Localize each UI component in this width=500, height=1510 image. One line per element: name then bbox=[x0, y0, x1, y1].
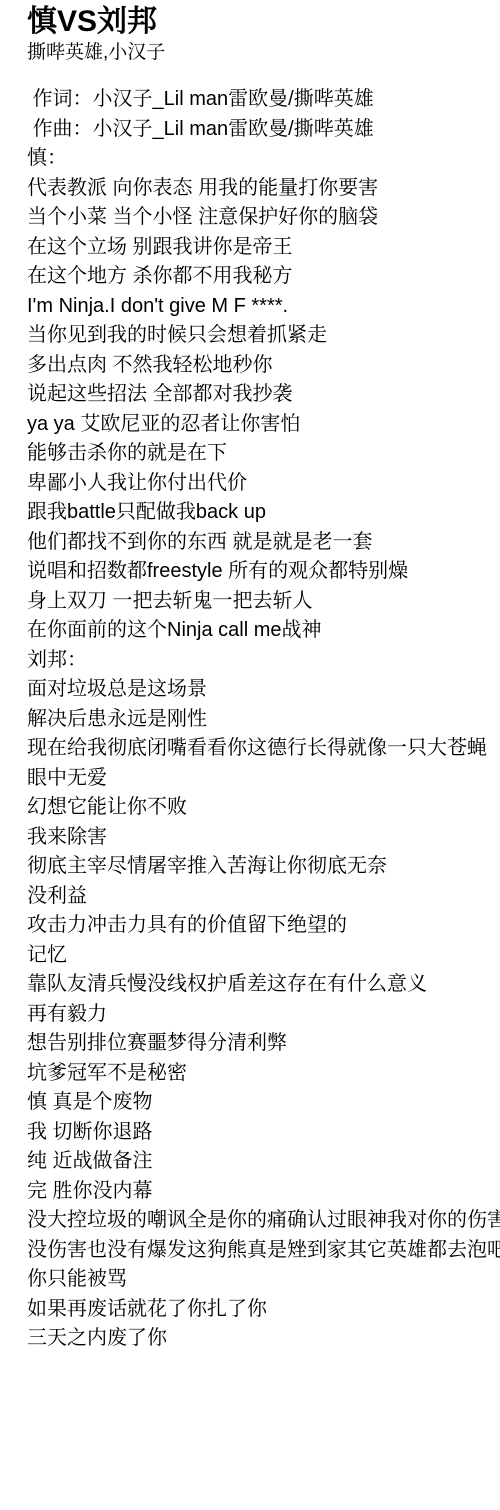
lyric-line: 跟我battle只配做我back up bbox=[27, 498, 500, 528]
lyric-line: 作曲：小汉子_Lil man雷欧曼/撕哔英雄 bbox=[27, 115, 500, 145]
lyric-line: 我 切断你退路 bbox=[27, 1118, 500, 1148]
lyric-line: 完 胜你没内幕 bbox=[27, 1177, 500, 1207]
lyric-line: 身上双刀 一把去斩鬼一把去斩人 bbox=[27, 587, 500, 617]
lyric-line: 坑爹冠军不是秘密 bbox=[27, 1059, 500, 1089]
lyric-line: 攻击力冲击力具有的价值留下绝望的 bbox=[27, 911, 500, 941]
lyric-line: 当你见到我的时候只会想着抓紧走 bbox=[27, 321, 500, 351]
lyric-line: 三天之内废了你 bbox=[27, 1324, 500, 1354]
lyric-line: 现在给我彻底闭嘴看看你这德行长得就像一只大苍蝇 bbox=[27, 734, 500, 764]
song-title: 慎VS刘邦 bbox=[27, 4, 500, 40]
lyric-line: 记忆 bbox=[27, 941, 500, 971]
lyric-line: 慎： bbox=[27, 144, 500, 174]
lyric-line: 眼中无爱 bbox=[27, 764, 500, 794]
lyric-line: 在这个立场 别跟我讲你是帝王 bbox=[27, 233, 500, 263]
lyric-line: 没伤害也没有爆发这狗熊真是矬到家其它英雄都去泡吧 bbox=[27, 1236, 500, 1266]
lyric-line: 如果再废话就花了你扎了你 bbox=[27, 1295, 500, 1325]
lyric-line: I'm Ninja.I don't give M F ****. bbox=[27, 292, 500, 322]
lyric-line: 在这个地方 杀你都不用我秘方 bbox=[27, 262, 500, 292]
lyric-line: 当个小菜 当个小怪 注意保护好你的脑袋 bbox=[27, 203, 500, 233]
lyric-line: 他们都找不到你的东西 就是就是老一套 bbox=[27, 528, 500, 558]
lyric-line: 说起这些招法 全部都对我抄袭 bbox=[27, 380, 500, 410]
lyric-line: 没大控垃圾的嘲讽全是你的痛确认过眼神我对你的伤害 bbox=[27, 1206, 500, 1236]
lyric-line: 再有毅力 bbox=[27, 1000, 500, 1030]
lyric-line: 卑鄙小人我让你付出代价 bbox=[27, 469, 500, 499]
lyric-line: 能够击杀你的就是在下 bbox=[27, 439, 500, 469]
lyrics-body: 作词：小汉子_Lil man雷欧曼/撕哔英雄 作曲：小汉子_Lil man雷欧曼… bbox=[27, 85, 500, 1354]
lyrics-page: 慎VS刘邦 撕哔英雄,小汉子 作词：小汉子_Lil man雷欧曼/撕哔英雄 作曲… bbox=[0, 0, 500, 1354]
lyric-line: 作词：小汉子_Lil man雷欧曼/撕哔英雄 bbox=[27, 85, 500, 115]
lyric-line: 我来除害 bbox=[27, 823, 500, 853]
lyric-line: 代表教派 向你表态 用我的能量打你要害 bbox=[27, 174, 500, 204]
lyric-line: 在你面前的这个Ninja call me战神 bbox=[27, 616, 500, 646]
lyric-line: 刘邦： bbox=[27, 646, 500, 676]
lyric-line: 解决后患永远是刚性 bbox=[27, 705, 500, 735]
lyric-line: 你只能被骂 bbox=[27, 1265, 500, 1295]
lyric-line: 想告别排位赛噩梦得分清利弊 bbox=[27, 1029, 500, 1059]
lyric-line: 没利益 bbox=[27, 882, 500, 912]
lyric-line: 靠队友清兵慢没线权护盾差这存在有什么意义 bbox=[27, 970, 500, 1000]
lyric-line: 面对垃圾总是这场景 bbox=[27, 675, 500, 705]
artist-names: 撕哔英雄,小汉子 bbox=[27, 40, 500, 66]
lyric-line: 纯 近战做备注 bbox=[27, 1147, 500, 1177]
lyric-line: 慎 真是个废物 bbox=[27, 1088, 500, 1118]
lyric-line: ya ya 艾欧尼亚的忍者让你害怕 bbox=[27, 410, 500, 440]
lyric-line: 幻想它能让你不败 bbox=[27, 793, 500, 823]
lyric-line: 说唱和招数都freestyle 所有的观众都特别燥 bbox=[27, 557, 500, 587]
lyric-line: 彻底主宰尽情屠宰推入苦海让你彻底无奈 bbox=[27, 852, 500, 882]
lyric-line: 多出点肉 不然我轻松地秒你 bbox=[27, 351, 500, 381]
